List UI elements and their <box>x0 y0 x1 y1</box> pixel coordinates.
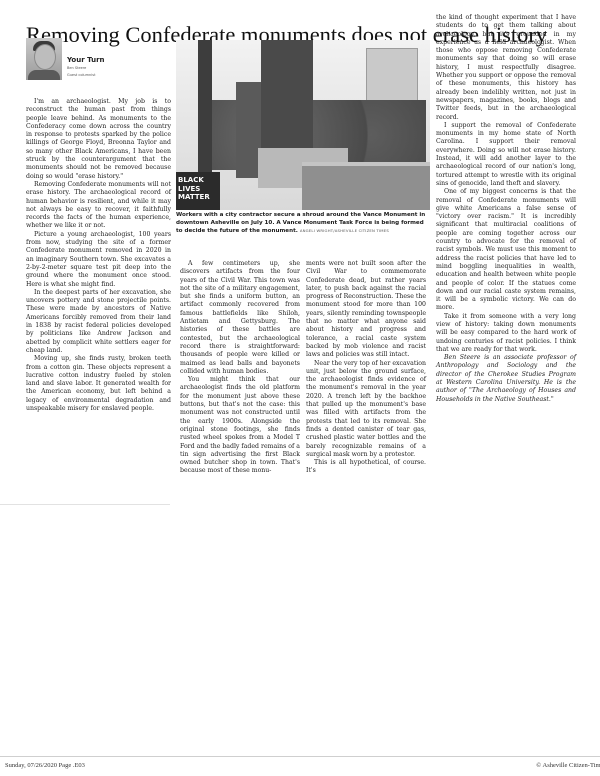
column-1: I'm an archaeologist. My job is to recon… <box>26 98 171 413</box>
column-3: ments were not built soon after the Civi… <box>306 260 426 476</box>
news-photo: BLACK LIVES MATTER <box>176 40 430 210</box>
author-avatar <box>26 38 62 80</box>
paragraph: the kind of thought experiment that I ha… <box>436 14 576 122</box>
author-bio: Ben Steere is an associate professor of … <box>436 354 576 404</box>
column-divider <box>0 504 170 505</box>
paragraph: This is all hypothetical, of course. It'… <box>306 459 426 476</box>
photo-stone-wall <box>302 162 430 210</box>
avatar-shirt <box>28 70 60 80</box>
photo-caption: Workers with a city contractor secure a … <box>176 212 432 236</box>
section-label: Your Turn <box>67 56 105 64</box>
column-4: the kind of thought experiment that I ha… <box>436 14 576 404</box>
paragraph: Near the very top of her excavation unit… <box>306 360 426 460</box>
photo-credit: ANGELI WRIGHT/ASHEVILLE CITIZEN TIMES <box>300 228 389 233</box>
paragraph: ments were not built soon after the Civi… <box>306 260 426 360</box>
photo-pole <box>198 40 212 190</box>
footer-rule <box>0 756 600 757</box>
paragraph: Take it from someone with a very long vi… <box>436 313 576 354</box>
footer-date-page: Sunday, 07/26/2020 Page .E03 <box>5 762 85 769</box>
paragraph: You might think that our archaeologist f… <box>180 376 300 476</box>
paragraph: One of my biggest concerns is that the r… <box>436 188 576 312</box>
column-2: A few centimeters up, she discovers arti… <box>180 260 300 476</box>
photo-shrouded-monument <box>261 40 313 148</box>
footer-copyright: © Asheville Citizen-Times <box>536 762 600 769</box>
paragraph: In the deepest parts of her excavation, … <box>26 289 171 355</box>
author-role: Guest columnist <box>67 73 95 77</box>
paragraph: Picture a young archaeologist, 100 years… <box>26 231 171 289</box>
paragraph: I support the removal of Confederate mon… <box>436 122 576 188</box>
avatar-face <box>34 44 56 70</box>
photo-sign: BLACK LIVES MATTER <box>176 172 220 210</box>
author-name: Ben Steere <box>67 66 86 70</box>
paragraph: Moving up, she finds rusty, broken teeth… <box>26 355 171 413</box>
paragraph: Removing Confederate monuments will not … <box>26 181 171 231</box>
author-block: Your Turn Ben Steere Guest columnist <box>26 38 166 80</box>
paragraph: A few centimeters up, she discovers arti… <box>180 260 300 376</box>
paragraph: I'm an archaeologist. My job is to recon… <box>26 98 171 181</box>
